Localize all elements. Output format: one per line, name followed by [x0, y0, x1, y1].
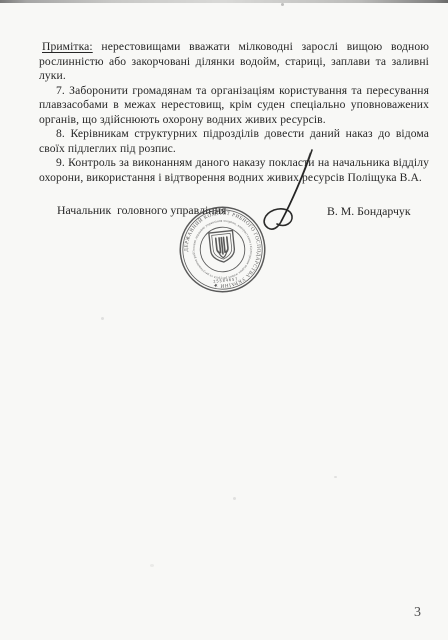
document-line: 7. Заборонити громадянам та організаціям…	[39, 84, 429, 99]
scan-speck	[334, 476, 337, 478]
trident-shield-emblem	[209, 231, 236, 264]
note-text: нерестовищами вважати мілководні зарослі…	[93, 40, 429, 53]
order-item-9: 9. Контроль за виконанням даного наказу …	[39, 156, 429, 185]
document-line: луки.	[39, 69, 429, 84]
document-line: своїх підлеглих під розпис.	[39, 142, 429, 157]
scan-speck	[233, 497, 236, 500]
document-line: 8. Керівникам структурних підрозділів до…	[39, 127, 429, 142]
document-line: плавзасобами в межах нерестовищ, крім су…	[39, 98, 429, 113]
document-line: 9. Контроль за виконанням даного наказу …	[39, 156, 429, 171]
document-body: Примітка: нерестовищами вважати мілковод…	[39, 40, 429, 185]
scan-speck	[150, 564, 154, 567]
note-paragraph: Примітка: нерестовищами вважати мілковод…	[39, 40, 429, 84]
official-round-stamp: ДЕРЖАВНИЙ КОМІТЕТ РИБНОГО ГОСПОДАРСТВА У…	[174, 201, 272, 299]
note-label: Примітка:	[42, 40, 93, 53]
scan-speck	[281, 3, 284, 6]
signoff-name: В. М. Бондарчук	[327, 204, 411, 219]
scan-edge-artifact	[0, 0, 448, 3]
scan-speck	[101, 317, 104, 320]
document-line: Примітка: нерестовищами вважати мілковод…	[39, 40, 429, 55]
order-item-8: 8. Керівникам структурних підрозділів до…	[39, 127, 429, 156]
document-line: охорони, використання і відтворення водн…	[39, 171, 429, 186]
page-number: 3	[414, 605, 421, 621]
document-line: органів, що здійснюють охорону водних жи…	[39, 113, 429, 128]
document-line: рослинністю або закорчовані ділянки водо…	[39, 55, 429, 70]
scanned-document-page: Примітка: нерестовищами вважати мілковод…	[0, 0, 448, 640]
order-item-7: 7. Заборонити громадянам та організаціям…	[39, 84, 429, 128]
